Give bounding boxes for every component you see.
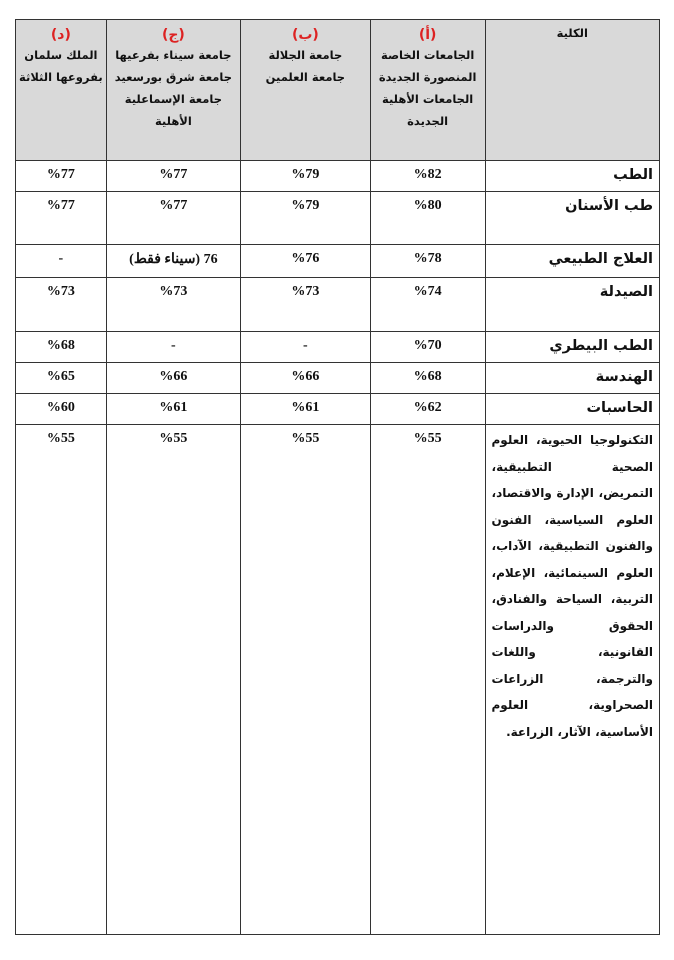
header-line: بفروعها الثلاثة xyxy=(16,66,106,88)
value-a: %80 xyxy=(370,192,485,245)
table-row: التكنولوجيا الحيوية، العلوم الصحية التطب… xyxy=(16,425,660,935)
header-line: الجامعات الخاصة xyxy=(371,44,485,66)
faculty-cell: الهندسة xyxy=(485,363,659,394)
value-a: %62 xyxy=(370,394,485,425)
header-row: الكلية (أ) الجامعات الخاصة المنصورة الجد… xyxy=(16,20,660,161)
value-c: 76 (سيناء فقط) xyxy=(106,245,240,278)
value-d: - xyxy=(16,245,107,278)
group-letter: (أ) xyxy=(371,26,485,44)
value-d: %77 xyxy=(16,161,107,192)
header-group-d: (د) الملك سلمان بفروعها الثلاثة xyxy=(16,20,107,161)
header-line: جامعة سيناء بفرعيها xyxy=(107,44,240,66)
value-d: %68 xyxy=(16,332,107,363)
value-c: %73 xyxy=(106,278,240,332)
table-row: الطب %82 %79 %77 %77 xyxy=(16,161,660,192)
header-line: جامعة الإسماعلية الأهلية xyxy=(107,88,240,132)
table-row: طب الأسنان %80 %79 %77 %77 xyxy=(16,192,660,245)
value-a: %68 xyxy=(370,363,485,394)
value-a: %70 xyxy=(370,332,485,363)
value-d: %60 xyxy=(16,394,107,425)
value-b: %79 xyxy=(241,192,371,245)
value-a: %82 xyxy=(370,161,485,192)
value-b: - xyxy=(241,332,371,363)
faculty-cell: الصيدلة xyxy=(485,278,659,332)
value-a: %55 xyxy=(370,425,485,935)
header-line: جامعة العلمين xyxy=(241,66,370,88)
group-letter: (ج) xyxy=(107,26,240,44)
header-group-c: (ج) جامعة سيناء بفرعيها جامعة شرق بورسعي… xyxy=(106,20,240,161)
group-letter: (ب) xyxy=(241,26,370,44)
table-row: الهندسة %68 %66 %66 %65 xyxy=(16,363,660,394)
header-line: جامعة الجلالة xyxy=(241,44,370,66)
faculty-cell: التكنولوجيا الحيوية، العلوم الصحية التطب… xyxy=(485,425,659,935)
table-row: الطب البيطري %70 - - %68 xyxy=(16,332,660,363)
value-d: %77 xyxy=(16,192,107,245)
value-b: %55 xyxy=(241,425,371,935)
header-line: جامعة شرق بورسعيد xyxy=(107,66,240,88)
admission-table: الكلية (أ) الجامعات الخاصة المنصورة الجد… xyxy=(15,19,660,935)
value-b: %66 xyxy=(241,363,371,394)
value-b: %76 xyxy=(241,245,371,278)
header-group-b: (ب) جامعة الجلالة جامعة العلمين xyxy=(241,20,371,161)
header-faculty: الكلية xyxy=(485,20,659,161)
header-line: الملك سلمان xyxy=(16,44,106,66)
value-b: %61 xyxy=(241,394,371,425)
faculty-cell: الطب البيطري xyxy=(485,332,659,363)
value-d: %65 xyxy=(16,363,107,394)
value-c: %77 xyxy=(106,161,240,192)
value-c: %66 xyxy=(106,363,240,394)
header-line: الجامعات الأهلية xyxy=(371,88,485,110)
value-b: %73 xyxy=(241,278,371,332)
value-b: %79 xyxy=(241,161,371,192)
table-row: الحاسبات %62 %61 %61 %60 xyxy=(16,394,660,425)
value-c: %61 xyxy=(106,394,240,425)
value-c: - xyxy=(106,332,240,363)
faculty-cell: العلاج الطبيعي xyxy=(485,245,659,278)
value-d: %55 xyxy=(16,425,107,935)
value-d: %73 xyxy=(16,278,107,332)
group-letter: (د) xyxy=(16,26,106,44)
header-line: الجديدة xyxy=(371,110,485,132)
header-group-a: (أ) الجامعات الخاصة المنصورة الجديدة الج… xyxy=(370,20,485,161)
value-a: %78 xyxy=(370,245,485,278)
faculty-cell: الطب xyxy=(485,161,659,192)
table-row: العلاج الطبيعي %78 %76 76 (سيناء فقط) - xyxy=(16,245,660,278)
faculty-cell: الحاسبات xyxy=(485,394,659,425)
value-a: %74 xyxy=(370,278,485,332)
value-c: %77 xyxy=(106,192,240,245)
header-line: المنصورة الجديدة xyxy=(371,66,485,88)
faculty-cell: طب الأسنان xyxy=(485,192,659,245)
value-c: %55 xyxy=(106,425,240,935)
table-row: الصيدلة %74 %73 %73 %73 xyxy=(16,278,660,332)
